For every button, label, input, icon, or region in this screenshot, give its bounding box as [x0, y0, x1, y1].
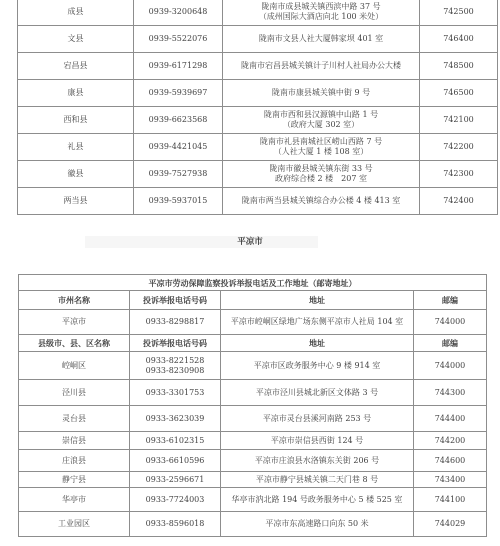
- phone-cell: 0933-7724003: [130, 488, 221, 512]
- address-cell: 平凉市泾川县城北新区文体路 3 号: [221, 380, 414, 406]
- header-postal: 邮编: [414, 335, 487, 352]
- postal-code-cell: 744200: [414, 432, 487, 450]
- county-name-cell: 徽县: [18, 161, 134, 188]
- pingliang-complaints-table: 平凉市劳动保障监察投诉举报电话及工作地址（邮寄地址） 市州名称 投诉举报电话号码…: [18, 274, 487, 537]
- postal-code-cell: 744000: [414, 310, 487, 335]
- address-cell: 平凉市区政务服务中心 9 楼 914 室: [221, 352, 414, 380]
- table-row: 庄浪县 0933-6610596 平凉市庄浪县水洛镇东关街 206 号 7446…: [19, 450, 487, 472]
- county-name-cell: 成县: [18, 0, 134, 26]
- phone-cell: 0933-8221528 0933-8230908: [130, 352, 221, 380]
- header-address: 地址: [221, 335, 414, 352]
- table-row: 泾川县 0933-3301753 平凉市泾川县城北新区文体路 3 号 74430…: [19, 380, 487, 406]
- table-row: 灵台县 0933-3623039 平凉市灵台县溪河南路 253 号 744400: [19, 406, 487, 432]
- county-name-cell: 崇信县: [19, 432, 130, 450]
- phone-cell: 0933-6610596: [130, 450, 221, 472]
- county-name-cell: 庄浪县: [19, 450, 130, 472]
- postal-code-cell: 744029: [414, 512, 487, 537]
- document-page: 成县 0939-3200648 陇南市成县城关镇西滨中路 37 号 （成州国际大…: [0, 0, 500, 546]
- county-name-cell: 工业园区: [19, 512, 130, 537]
- postal-code-cell: 744600: [414, 450, 487, 472]
- phone-cell: 0939-5939697: [134, 80, 223, 107]
- table-header-row: 市州名称 投诉举报电话号码 地址 邮编: [19, 291, 487, 310]
- header-address: 地址: [221, 291, 414, 310]
- address-cell: 陇南市西和县汉源镇中山路 1 号 （政府大厦 302 室）: [223, 107, 420, 134]
- table-row: 徽县 0939-7527938 陇南市徽县城关镇东街 33 号 政府综合楼 2 …: [18, 161, 498, 188]
- phone-cell: 0933-8298817: [130, 310, 221, 335]
- phone-cell: 0933-3623039: [130, 406, 221, 432]
- postal-code-cell: 742100: [420, 107, 498, 134]
- address-cell: 陇南市礼县南城社区崂山西路 7 号 （人社大厦 1 楼 108 室）: [223, 134, 420, 161]
- phone-cell: 0939-5937015: [134, 188, 223, 215]
- table-row: 西和县 0939-6623568 陇南市西和县汉源镇中山路 1 号 （政府大厦 …: [18, 107, 498, 134]
- table-row: 两当县 0939-5937015 陇南市两当县城关镇综合办公楼 4 楼 413 …: [18, 188, 498, 215]
- table-row: 平凉市 0933-8298817 平凉市崆峒区绿地广场东侧平凉市人社局 104 …: [19, 310, 487, 335]
- header-county-name: 县级市、县、区名称: [19, 335, 130, 352]
- address-cell: 平凉市庄浪县水洛镇东关街 206 号: [221, 450, 414, 472]
- county-name-cell: 两当县: [18, 188, 134, 215]
- table-row: 崆峒区 0933-8221528 0933-8230908 平凉市区政务服务中心…: [19, 352, 487, 380]
- table-row: 静宁县 0933-2596671 平凉市静宁县城关镇二天门巷 8 号 74340…: [19, 472, 487, 488]
- address-cell: 平凉市静宁县城关镇二天门巷 8 号: [221, 472, 414, 488]
- county-name-cell: 西和县: [18, 107, 134, 134]
- postal-code-cell: 746500: [420, 80, 498, 107]
- postal-code-cell: 742500: [420, 0, 498, 26]
- phone-cell: 0933-2596671: [130, 472, 221, 488]
- city-name-cell: 平凉市: [19, 310, 130, 335]
- table-header-row: 县级市、县、区名称 投诉举报电话号码 地址 邮编: [19, 335, 487, 352]
- table-row: 华亭市 0933-7724003 华亭市汭北路 194 号政务服务中心 5 楼 …: [19, 488, 487, 512]
- table-row: 文县 0939-5522076 陇南市文县人社大厦韩家坝 401 室 74640…: [18, 26, 498, 53]
- phone-cell: 0933-3301753: [130, 380, 221, 406]
- phone-cell: 0939-6623568: [134, 107, 223, 134]
- postal-code-cell: 744100: [414, 488, 487, 512]
- address-cell: 华亭市汭北路 194 号政务服务中心 5 楼 525 室: [221, 488, 414, 512]
- address-cell: 平凉市灵台县溪河南路 253 号: [221, 406, 414, 432]
- longnan-complaints-table: 成县 0939-3200648 陇南市成县城关镇西滨中路 37 号 （成州国际大…: [17, 0, 498, 215]
- table-title-cell: 平凉市劳动保障监察投诉举报电话及工作地址（邮寄地址）: [19, 275, 487, 291]
- section-title-pingliang: 平凉市: [0, 236, 500, 248]
- address-cell: 陇南市两当县城关镇综合办公楼 4 楼 413 室: [223, 188, 420, 215]
- header-phone: 投诉举报电话号码: [130, 335, 221, 352]
- address-cell: 平凉市崆峒区绿地广场东侧平凉市人社局 104 室: [221, 310, 414, 335]
- address-cell: 平凉市东高速路口向东 50 米: [221, 512, 414, 537]
- phone-cell: 0933-6102315: [130, 432, 221, 450]
- address-cell: 陇南市成县城关镇西滨中路 37 号 （成州国际大酒店向北 100 米处）: [223, 0, 420, 26]
- table-row: 礼县 0939-4421045 陇南市礼县南城社区崂山西路 7 号 （人社大厦 …: [18, 134, 498, 161]
- county-name-cell: 康县: [18, 80, 134, 107]
- county-name-cell: 华亭市: [19, 488, 130, 512]
- table-row: 康县 0939-5939697 陇南市康县城关镇中街 9 号 746500: [18, 80, 498, 107]
- postal-code-cell: 742400: [420, 188, 498, 215]
- county-name-cell: 文县: [18, 26, 134, 53]
- county-name-cell: 宕昌县: [18, 53, 134, 80]
- postal-code-cell: 744400: [414, 406, 487, 432]
- county-name-cell: 静宁县: [19, 472, 130, 488]
- header-postal: 邮编: [414, 291, 487, 310]
- table-title-row: 平凉市劳动保障监察投诉举报电话及工作地址（邮寄地址）: [19, 275, 487, 291]
- address-cell: 陇南市康县城关镇中街 9 号: [223, 80, 420, 107]
- phone-cell: 0939-7527938: [134, 161, 223, 188]
- address-cell: 陇南市徽县城关镇东街 33 号 政府综合楼 2 楼 207 室: [223, 161, 420, 188]
- section-title-text: 平凉市: [0, 236, 500, 248]
- postal-code-cell: 742200: [420, 134, 498, 161]
- phone-cell: 0939-4421045: [134, 134, 223, 161]
- phone-cell: 0939-6171298: [134, 53, 223, 80]
- table-row: 工业园区 0933-8596018 平凉市东高速路口向东 50 米 744029: [19, 512, 487, 537]
- postal-code-cell: 743400: [414, 472, 487, 488]
- postal-code-cell: 748500: [420, 53, 498, 80]
- address-cell: 陇南市文县人社大厦韩家坝 401 室: [223, 26, 420, 53]
- county-name-cell: 灵台县: [19, 406, 130, 432]
- phone-cell: 0933-8596018: [130, 512, 221, 537]
- postal-code-cell: 746400: [420, 26, 498, 53]
- header-phone: 投诉举报电话号码: [130, 291, 221, 310]
- county-name-cell: 崆峒区: [19, 352, 130, 380]
- postal-code-cell: 744300: [414, 380, 487, 406]
- header-city-name: 市州名称: [19, 291, 130, 310]
- county-name-cell: 礼县: [18, 134, 134, 161]
- table-row: 成县 0939-3200648 陇南市成县城关镇西滨中路 37 号 （成州国际大…: [18, 0, 498, 26]
- address-cell: 陇南市宕昌县城关镇计子川村人社局办公大楼: [223, 53, 420, 80]
- phone-cell: 0939-5522076: [134, 26, 223, 53]
- postal-code-cell: 742300: [420, 161, 498, 188]
- table-row: 宕昌县 0939-6171298 陇南市宕昌县城关镇计子川村人社局办公大楼 74…: [18, 53, 498, 80]
- county-name-cell: 泾川县: [19, 380, 130, 406]
- phone-cell: 0939-3200648: [134, 0, 223, 26]
- table-row: 崇信县 0933-6102315 平凉市崇信县西街 124 号 744200: [19, 432, 487, 450]
- address-cell: 平凉市崇信县西街 124 号: [221, 432, 414, 450]
- postal-code-cell: 744000: [414, 352, 487, 380]
